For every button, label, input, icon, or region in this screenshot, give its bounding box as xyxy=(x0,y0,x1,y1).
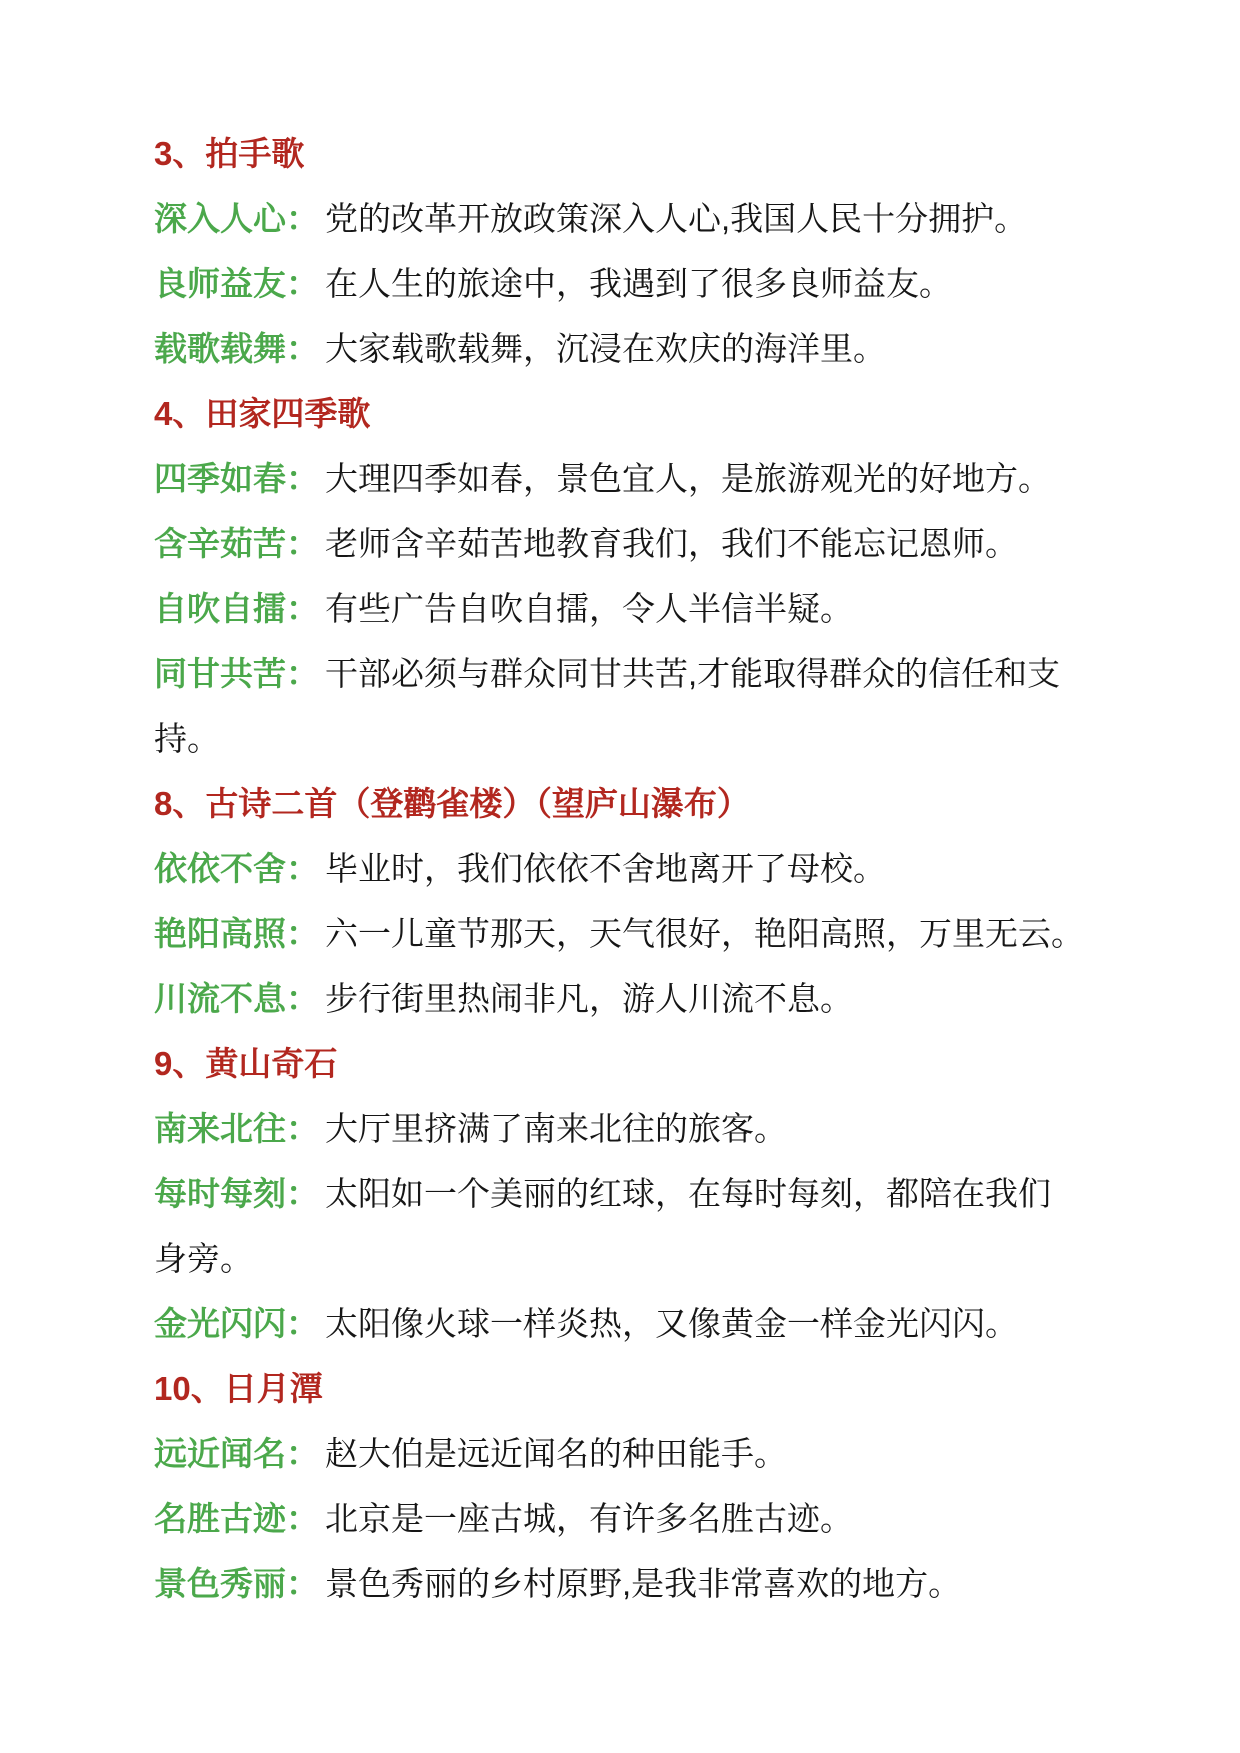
example-sentence: 有些广告自吹自擂，令人半信半疑。 xyxy=(325,590,853,627)
idiom-term: 依依不舍： xyxy=(154,850,319,887)
section-title: 3、拍手歌 xyxy=(154,121,1114,186)
example-sentence: 大厅里挤满了南来北往的旅客。 xyxy=(325,1110,787,1147)
idiom-term: 深入人心： xyxy=(154,200,319,237)
idiom-entry: 依依不舍：毕业时，我们依依不舍地离开了母校。 xyxy=(154,836,1114,901)
example-sentence: 景色秀丽的乡村原野,是我非常喜欢的地方。 xyxy=(325,1565,961,1602)
idiom-entry: 同甘共苦：干部必须与群众同甘共苦,才能取得群众的信任和支 持。 xyxy=(154,641,1114,771)
idiom-entry: 远近闻名：赵大伯是远近闻名的种田能手。 xyxy=(154,1421,1114,1486)
section-title: 9、黄山奇石 xyxy=(154,1031,1114,1096)
idiom-entry: 四季如春：大理四季如春，景色宜人，是旅游观光的好地方。 xyxy=(154,446,1114,511)
section-title: 4、田家四季歌 xyxy=(154,381,1114,446)
idiom-term: 名胜古迹： xyxy=(154,1500,319,1537)
idiom-term: 川流不息： xyxy=(154,980,319,1017)
example-sentence: 太阳像火球一样炎热，又像黄金一样金光闪闪。 xyxy=(325,1305,1018,1342)
example-sentence: 在人生的旅途中，我遇到了很多良师益友。 xyxy=(325,265,952,302)
idiom-entry: 深入人心：党的改革开放政策深入人心,我国人民十分拥护。 xyxy=(154,186,1114,251)
example-sentence: 大家载歌载舞，沉浸在欢庆的海洋里。 xyxy=(325,330,886,367)
idiom-entry: 艳阳高照：六一儿童节那天，天气很好，艳阳高照，万里无云。 xyxy=(154,901,1114,966)
example-sentence: 北京是一座古城，有许多名胜古迹。 xyxy=(325,1500,853,1537)
example-sentence: 赵大伯是远近闻名的种田能手。 xyxy=(325,1435,787,1472)
idiom-term: 艳阳高照： xyxy=(154,915,319,952)
section-title: 8、古诗二首（登鹳雀楼）（望庐山瀑布） xyxy=(154,771,1114,836)
document-page: 3、拍手歌深入人心：党的改革开放政策深入人心,我国人民十分拥护。良师益友：在人生… xyxy=(0,0,1240,1753)
idiom-entry: 南来北往：大厅里挤满了南来北往的旅客。 xyxy=(154,1096,1114,1161)
idiom-entry: 金光闪闪：太阳像火球一样炎热，又像黄金一样金光闪闪。 xyxy=(154,1291,1114,1356)
section-title: 10、日月潭 xyxy=(154,1356,1114,1421)
idiom-term: 远近闻名： xyxy=(154,1435,319,1472)
example-sentence: 毕业时，我们依依不舍地离开了母校。 xyxy=(325,850,886,887)
idiom-term: 金光闪闪： xyxy=(154,1305,319,1342)
idiom-entry: 载歌载舞：大家载歌载舞，沉浸在欢庆的海洋里。 xyxy=(154,316,1114,381)
idiom-term: 四季如春： xyxy=(154,460,319,497)
idiom-term: 含辛茹苦： xyxy=(154,525,319,562)
idiom-term: 载歌载舞： xyxy=(154,330,319,367)
idiom-term: 同甘共苦： xyxy=(154,655,319,692)
idiom-term: 每时每刻： xyxy=(154,1175,319,1212)
example-sentence: 大理四季如春，景色宜人，是旅游观光的好地方。 xyxy=(325,460,1051,497)
idiom-entry: 景色秀丽：景色秀丽的乡村原野,是我非常喜欢的地方。 xyxy=(154,1551,1114,1616)
idiom-entry: 每时每刻：太阳如一个美丽的红球，在每时每刻，都陪在我们 身旁。 xyxy=(154,1161,1114,1291)
idiom-entry: 川流不息：步行街里热闹非凡，游人川流不息。 xyxy=(154,966,1114,1031)
example-sentence: 六一儿童节那天，天气很好，艳阳高照，万里无云。 xyxy=(325,915,1084,952)
example-sentence: 老师含辛茹苦地教育我们，我们不能忘记恩师。 xyxy=(325,525,1018,562)
idiom-term: 南来北往： xyxy=(154,1110,319,1147)
example-sentence: 步行街里热闹非凡，游人川流不息。 xyxy=(325,980,853,1017)
idiom-term: 良师益友： xyxy=(154,265,319,302)
idiom-term: 景色秀丽： xyxy=(154,1565,319,1602)
example-sentence: 党的改革开放政策深入人心,我国人民十分拥护。 xyxy=(325,200,1027,237)
idiom-entry: 自吹自擂：有些广告自吹自擂，令人半信半疑。 xyxy=(154,576,1114,641)
idiom-entry: 含辛茹苦：老师含辛茹苦地教育我们，我们不能忘记恩师。 xyxy=(154,511,1114,576)
idiom-entry: 名胜古迹：北京是一座古城，有许多名胜古迹。 xyxy=(154,1486,1114,1551)
idiom-entry: 良师益友：在人生的旅途中，我遇到了很多良师益友。 xyxy=(154,251,1114,316)
idiom-term: 自吹自擂： xyxy=(154,590,319,627)
content: 3、拍手歌深入人心：党的改革开放政策深入人心,我国人民十分拥护。良师益友：在人生… xyxy=(154,121,1114,1616)
